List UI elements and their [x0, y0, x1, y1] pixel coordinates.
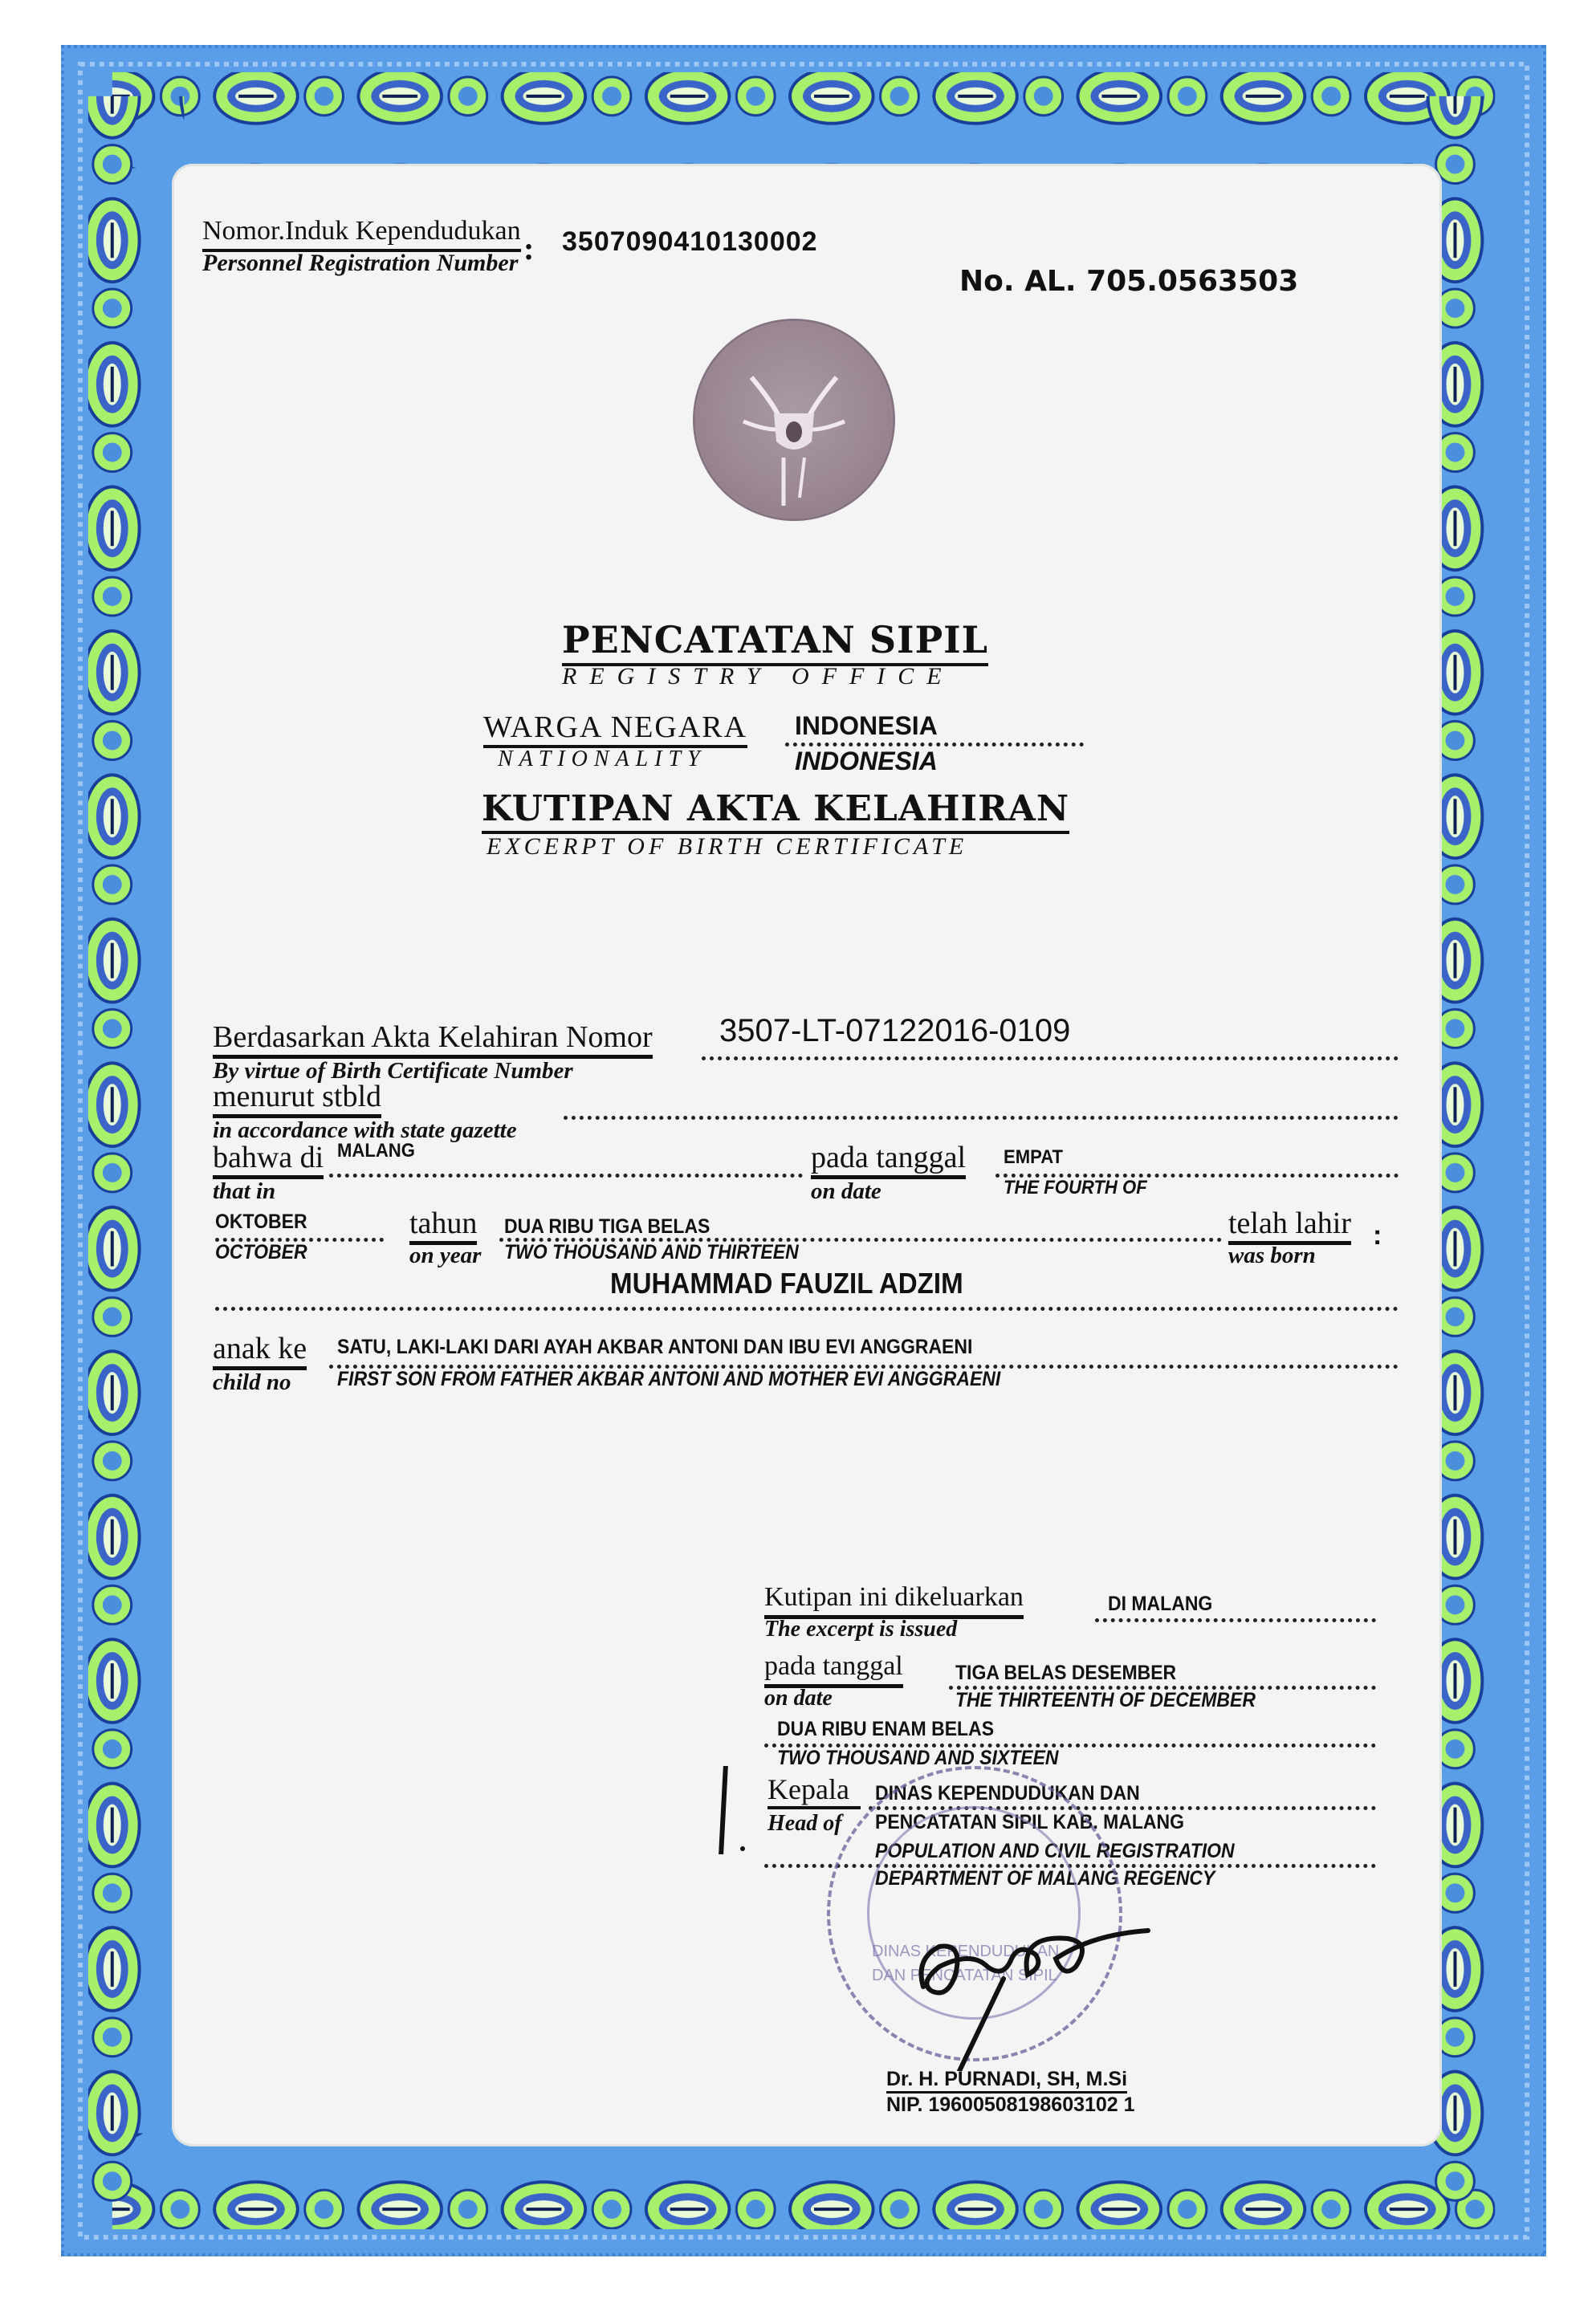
office-title: PENCATATAN SIPIL	[562, 618, 988, 666]
child-name-dotted-line	[215, 1307, 1399, 1311]
place-dotted-line	[329, 1174, 803, 1178]
nationality-label: WARGA NEGARA	[483, 710, 747, 748]
date-label: pada tanggal	[811, 1141, 966, 1179]
child-no-label-en: child no	[213, 1369, 291, 1395]
head-label-underline	[767, 1806, 861, 1809]
issue-date-value-en: THE THIRTEENTH OF DECEMBER	[955, 1689, 1256, 1712]
born-label-text: telah lahir	[1228, 1207, 1351, 1245]
place-label: bahwa di	[213, 1141, 324, 1179]
stbld-label-text: menurut stbld	[213, 1080, 381, 1118]
day-value-en: THE FOURTH OF	[1004, 1177, 1147, 1199]
date-label-text: pada tanggal	[811, 1141, 966, 1179]
born-label-en: was born	[1228, 1243, 1316, 1268]
child-no-value-en: FIRST SON FROM FATHER AKBAR ANTONI AND M…	[337, 1368, 1000, 1391]
serial-number: No. AL. 705.0563503	[959, 265, 1298, 298]
month-value-en: OCTOBER	[215, 1241, 307, 1264]
nik-label-en: Personnel Registration Number	[202, 250, 518, 276]
child-name: MUHAMMAD FAUZIL ADZIM	[610, 1267, 963, 1300]
issued-label-en: The excerpt is issued	[764, 1617, 957, 1642]
month-value: OKTOBER	[215, 1211, 307, 1234]
issue-date-value: TIGA BELAS DESEMBER	[955, 1662, 1176, 1685]
issued-label-text: Kutipan ini dikeluarkan	[764, 1581, 1024, 1619]
nationality-value-en: INDONESIA	[795, 747, 938, 776]
day-value: EMPAT	[1004, 1146, 1063, 1169]
nik-label: Nomor.Induk Kependudukan	[202, 215, 521, 252]
official-name: Dr. H. PURNADI, SH, M.Si	[886, 2068, 1127, 2094]
born-separator: :	[1373, 1220, 1382, 1251]
nationality-value: INDONESIA	[795, 711, 938, 741]
child-no-label-text: anak ke	[213, 1333, 307, 1370]
date-label-en: on date	[811, 1178, 881, 1204]
cert-number-label: Berdasarkan Akta Kelahiran Nomor	[213, 1021, 653, 1059]
head-label-en: Head of	[767, 1811, 842, 1837]
issued-dotted-line	[1095, 1618, 1376, 1622]
place-label-en: that in	[213, 1178, 275, 1204]
certificate-title: KUTIPAN AKTA KELAHIRAN	[482, 788, 1069, 834]
born-label: telah lahir	[1228, 1207, 1351, 1245]
year-label: tahun	[409, 1207, 477, 1245]
cert-number-dotted-line	[702, 1056, 1399, 1060]
place-value: MALANG	[337, 1140, 415, 1162]
year-value: DUA RIBU TIGA BELAS	[504, 1215, 710, 1239]
issued-label: Kutipan ini dikeluarkan	[764, 1581, 1024, 1619]
head-label: Kepala	[767, 1772, 849, 1806]
issue-date-label-en: on date	[764, 1686, 833, 1711]
margin-mark-dot	[740, 1846, 745, 1851]
stbld-label: menurut stbld	[213, 1080, 381, 1118]
child-no-label: anak ke	[213, 1333, 307, 1370]
year-label-en: on year	[409, 1243, 481, 1268]
child-no-value: SATU, LAKI-LAKI DARI AYAH AKBAR ANTONI D…	[337, 1336, 972, 1359]
signature	[883, 1910, 1172, 2071]
issue-date-label: pada tanggal	[764, 1650, 903, 1688]
issue-year-value: DUA RIBU ENAM BELAS	[777, 1718, 994, 1741]
year-value-en: TWO THOUSAND AND THIRTEEN	[504, 1241, 799, 1264]
issue-date-label-text: pada tanggal	[764, 1650, 903, 1688]
issue-year-value-en: TWO THOUSAND AND SIXTEEN	[777, 1747, 1059, 1770]
cert-number-label-text: Berdasarkan Akta Kelahiran Nomor	[213, 1021, 653, 1059]
certificate-title-en: EXCERPT OF BIRTH CERTIFICATE	[487, 833, 967, 861]
place-label-text: bahwa di	[213, 1141, 324, 1179]
cert-number-value: 3507-LT-07122016-0109	[719, 1013, 1070, 1049]
nik-separator: :	[523, 233, 534, 265]
nationality-label-en: NATIONALITY	[498, 747, 706, 772]
nik-value: 3507090410130002	[562, 226, 818, 258]
garuda-emblem-icon	[695, 321, 893, 519]
issued-value: DI MALANG	[1108, 1593, 1212, 1616]
nik-label-text: Nomor.Induk Kependudukan	[202, 215, 521, 252]
stbld-dotted-line	[564, 1116, 1399, 1120]
year-label-text: tahun	[409, 1207, 477, 1245]
official-nip: NIP. 19600508198603102 1	[886, 2094, 1135, 2117]
office-title-en: REGISTRY OFFICE	[562, 663, 955, 690]
